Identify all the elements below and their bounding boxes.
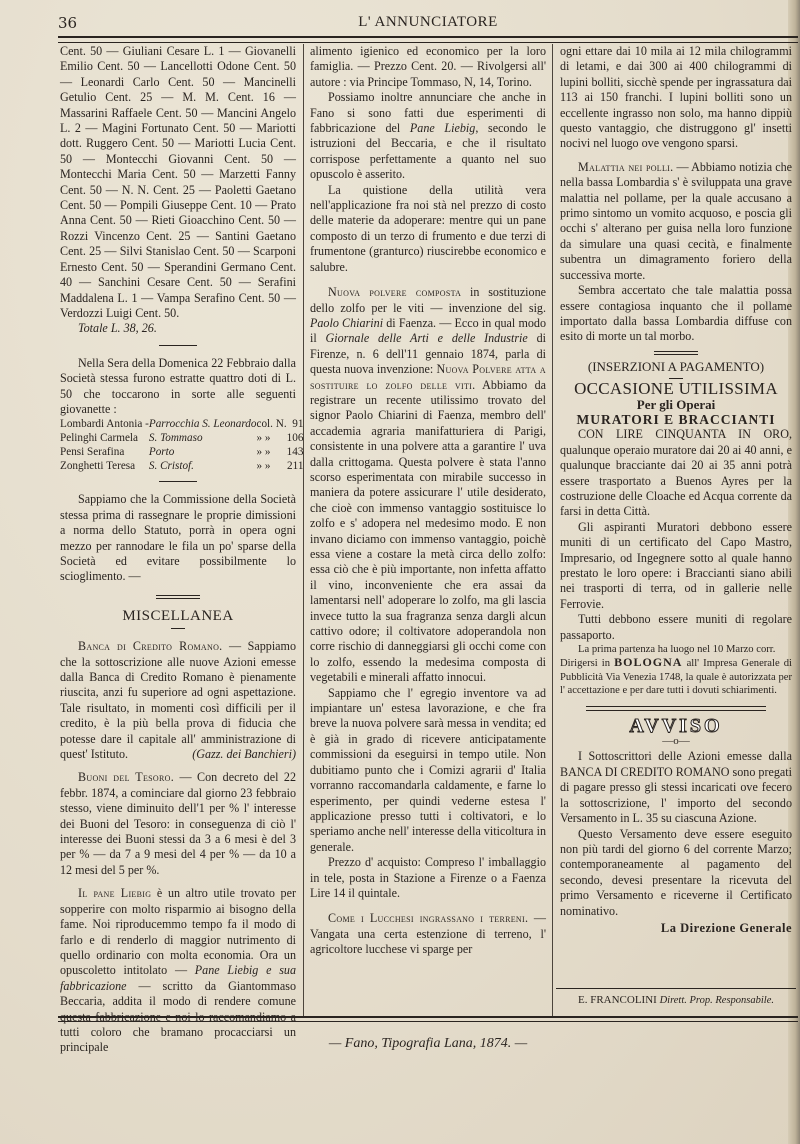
- buoni-article: Buoni del Tesoro. — Con decreto del 22 f…: [60, 770, 296, 878]
- ad-subtitle: Per gli Operai: [560, 397, 792, 412]
- doti-col: » »: [257, 445, 287, 459]
- doti-name: Pensi Serafina: [60, 445, 149, 459]
- doti-name: Lombardi Antonia -: [60, 417, 149, 431]
- column-3: ogni ettare dai 10 mila ai 12 mila chilo…: [560, 44, 792, 936]
- doti-parish: Porto: [149, 445, 257, 459]
- ad-title: OCCASIONE UTILISSIMA: [560, 381, 792, 396]
- doti-parish: Parrocchia S. Leonardo: [149, 417, 257, 431]
- table-row: Lombardi Antonia - Parrocchia S. Leonard…: [60, 417, 303, 431]
- liebig-article: Il pane Liebig è un altro utile trovato …: [60, 886, 296, 1055]
- banca-article: Banca di Credito Romano. — Sappiamo che …: [60, 639, 296, 762]
- ads-header: (INSERZIONI A PAGAMENTO): [560, 359, 792, 374]
- doti-num: 91: [287, 417, 304, 431]
- polli-paragraph-2: Sembra accertato che tale malattia possa…: [560, 283, 792, 345]
- emphasis: Paolo Chiarini: [310, 316, 383, 330]
- column-divider: [552, 44, 553, 1016]
- article-body: — Con decreto del 22 febbr. 1874, a comi…: [60, 770, 296, 876]
- editor-role: Dirett. Prop. Responsabile.: [660, 995, 774, 1006]
- polli-article: Malattia nei polli. — Abbiamo notizia ch…: [560, 160, 792, 283]
- text: Dirigersi in: [560, 658, 614, 669]
- emphasis: Pane Liebig: [410, 121, 475, 135]
- ornamental-rule: [586, 706, 766, 711]
- divider: [159, 345, 197, 346]
- liebig-continued: alimento igienico ed economico per la lo…: [310, 44, 546, 90]
- ad-paragraph: CON LIRE CINQUANTA IN ORO, qualunque ope…: [560, 427, 792, 519]
- ad-departure: La prima partenza ha luogo nel 10 Marzo …: [560, 643, 792, 656]
- article-head: Come i Lucchesi ingrassano i terreni.: [328, 911, 528, 925]
- doti-num: 211: [287, 459, 304, 473]
- ad-subtitle-2: MURATORI E BRACCIANTI: [560, 412, 792, 427]
- donor-list: Cent. 50 — Giuliani Cesare L. 1 — Giovan…: [60, 44, 296, 321]
- text: — Abbiamo notizia che nella bassa Lombar…: [560, 160, 792, 282]
- article-body: — Sappiamo che la sottoscrizione alle nu…: [60, 639, 296, 761]
- page-header: 36 L' ANNUNCIATORE: [58, 10, 798, 36]
- doti-num: 106: [287, 431, 304, 445]
- avviso-paragraph: I Sottoscrittori delle Azioni emesse dal…: [560, 749, 792, 826]
- divider: [171, 628, 185, 629]
- prezzo-paragraph: Prezzo d' acquisto: Compreso l' imballag…: [310, 855, 546, 901]
- column-1: Cent. 50 — Giuliani Cesare L. 1 — Giovan…: [60, 44, 296, 1056]
- article-source: (Gazz. dei Banchieri): [174, 747, 296, 762]
- commissione-paragraph: Sappiamo che la Commissione della Societ…: [60, 492, 296, 584]
- newspaper-page: 36 L' ANNUNCIATORE Cent. 50 — Giuliani C…: [0, 0, 800, 1144]
- doti-name: Pelinghi Carmela: [60, 431, 149, 445]
- article-head: Buoni del Tesoro.: [78, 770, 174, 784]
- doti-col: » »: [257, 459, 287, 473]
- article-head: Malattia nei polli.: [578, 160, 673, 174]
- doti-num: 143: [287, 445, 304, 459]
- lucchesi-continued: ogni ettare dai 10 mila ai 12 mila chilo…: [560, 44, 792, 152]
- avviso-paragraph: Questo Versamento deve essere eseguito n…: [560, 827, 792, 919]
- section-title: MISCELLANEA: [60, 609, 296, 624]
- ad-paragraph: Tutti debbono essere muniti di regolare …: [560, 612, 792, 643]
- lucchesi-article: Come i Lucchesi ingrassano i terreni. — …: [310, 911, 546, 957]
- article-head: Il pane Liebig: [78, 886, 151, 900]
- column-divider: [303, 44, 304, 1016]
- editor-rule: [556, 988, 796, 989]
- table-row: Zonghetti Teresa S. Cristof. » » 211: [60, 459, 303, 473]
- doti-table: Lombardi Antonia - Parrocchia S. Leonard…: [60, 417, 303, 473]
- inventore-paragraph: Sappiamo che l' egregio inventore va ad …: [310, 686, 546, 855]
- header-rule: [58, 36, 798, 43]
- quistione-paragraph: La quistione della utilità vera nell'app…: [310, 183, 546, 275]
- doti-col: col. N.: [257, 417, 287, 431]
- text: Abbiamo da registrare un recente utiliss…: [310, 378, 546, 685]
- ad-contact: Dirigersi in BOLOGNA all' Impresa Genera…: [560, 656, 792, 697]
- table-row: Pelinghi Carmela S. Tommaso » » 106: [60, 431, 303, 445]
- city: BOLOGNA: [614, 655, 682, 669]
- article-head: Banca di Credito Romano.: [78, 639, 223, 653]
- avviso-title: AVVISO: [560, 719, 792, 734]
- donor-total: Totale L. 38, 26.: [60, 321, 296, 336]
- avviso-signature: La Direzione Generale: [560, 921, 792, 936]
- double-divider: [654, 351, 698, 355]
- editor-name: E. FRANCOLINI: [578, 994, 657, 1006]
- column-2: alimento igienico ed economico per la lo…: [310, 44, 546, 958]
- editor-line: E. FRANCOLINI Dirett. Prop. Responsabile…: [560, 994, 792, 1006]
- fano-paragraph: Possiamo inoltre annunciare che anche in…: [310, 90, 546, 182]
- double-divider: [156, 595, 200, 599]
- doti-parish: S. Cristof.: [149, 459, 257, 473]
- avviso-ornament: —o—: [560, 734, 792, 749]
- article-head: Nuova polvere composta: [328, 285, 461, 299]
- ad-paragraph: Gli aspiranti Muratori debbono essere mu…: [560, 520, 792, 612]
- polvere-article: Nuova polvere composta in sostituzione d…: [310, 285, 546, 686]
- table-row: Pensi Serafina Porto » » 143: [60, 445, 303, 459]
- divider: [159, 481, 197, 482]
- doti-col: » »: [257, 431, 287, 445]
- doti-name: Zonghetti Teresa: [60, 459, 149, 473]
- imprint: — Fano, Tipografia Lana, 1874. —: [58, 1036, 798, 1052]
- footer-rule: [58, 1016, 798, 1022]
- masthead: L' ANNUNCIATORE: [58, 14, 798, 31]
- doti-intro: Nella Sera della Domenica 22 Febbraio da…: [60, 356, 296, 418]
- doti-parish: S. Tommaso: [149, 431, 257, 445]
- journal-title: Giornale delle Arti e delle Industrie: [326, 331, 528, 345]
